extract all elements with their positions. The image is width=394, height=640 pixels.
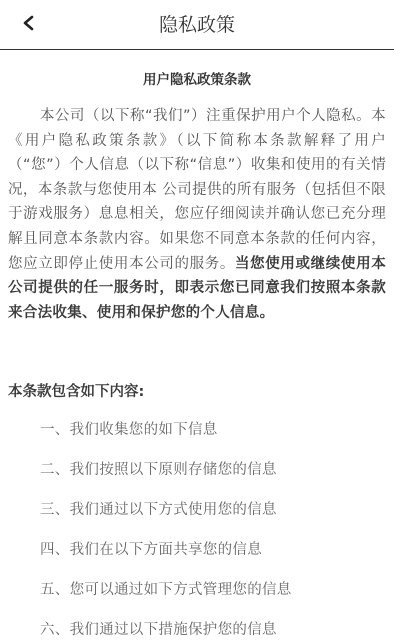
contents-item: 四、我们在以下方面共享您的信息	[40, 540, 394, 560]
contents-item: 五、您可以通过如下方式管理您的信息	[40, 580, 394, 600]
document-title: 用户隐私政策条款	[0, 70, 394, 90]
contents-item: 六、我们通过以下措施保护您的信息	[40, 620, 394, 640]
contents-item: 一、我们收集您的如下信息	[40, 420, 394, 440]
contents-heading: 本条款包含如下内容:	[8, 382, 386, 402]
contents-item: 三、我们通过以下方式使用您的信息	[40, 500, 394, 520]
policy-content[interactable]: 用户隐私政策条款 本公司（以下称“我们”）注重保护用户个人隐私。本《用户隐私政策…	[0, 50, 394, 640]
contents-item: 二、我们按照以下原则存储您的信息	[40, 460, 394, 480]
intro-paragraph: 本公司（以下称“我们”）注重保护用户个人隐私。本《用户隐私政策条款》（以下简称本…	[8, 104, 386, 325]
intro-text: 本公司（以下称“我们”）注重保护用户个人隐私。本《用户隐私政策条款》（以下简称本…	[8, 108, 386, 272]
page-title: 隐私政策	[0, 12, 394, 38]
app-header: 隐私政策	[0, 0, 394, 50]
contents-list: 一、我们收集您的如下信息 二、我们按照以下原则存储您的信息 三、我们通过以下方式…	[0, 420, 394, 640]
